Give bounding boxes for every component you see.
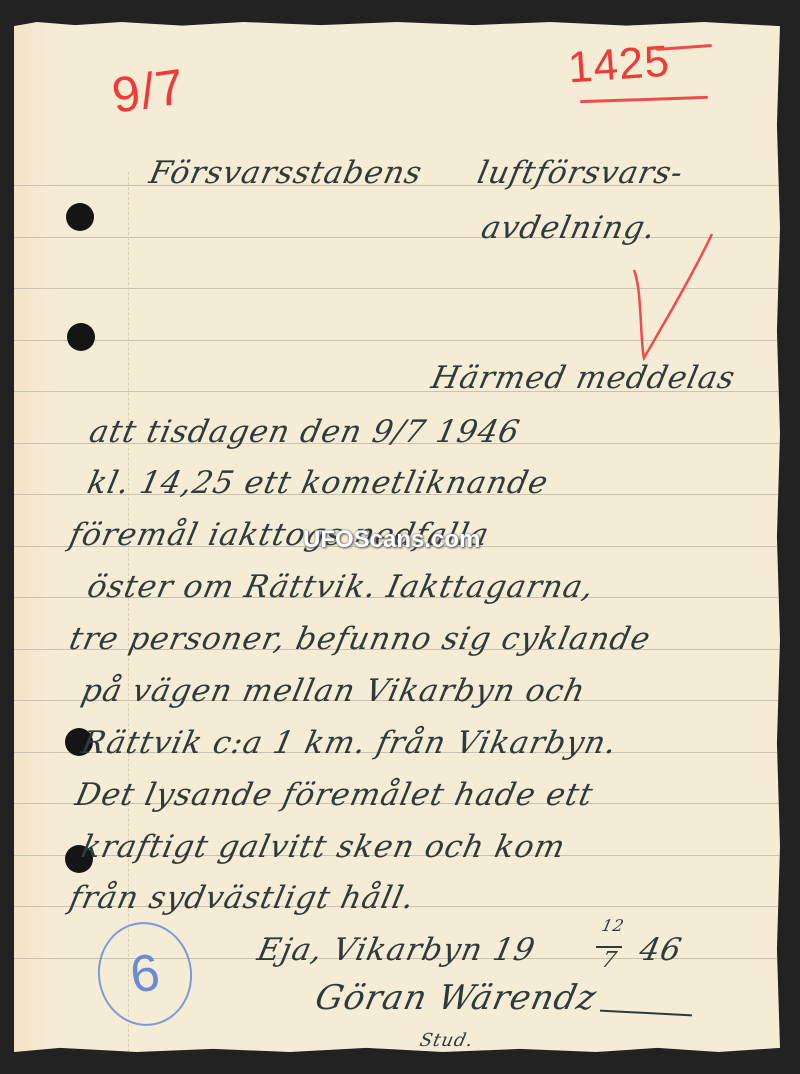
red-reference-number: 1425	[566, 37, 671, 94]
body-line-2: att tisdagen den 9/7 1946	[86, 414, 523, 450]
closing-date-day: 12	[600, 916, 626, 935]
signature: Göran Wärendz	[312, 978, 601, 1018]
margin-line	[128, 172, 129, 1052]
blue-number: 6	[126, 942, 163, 1005]
body-line-10: kraftigt galvitt sken och kom	[78, 829, 569, 865]
red-check-mark-icon	[620, 230, 720, 370]
body-line-11: från sydvästligt håll.	[66, 880, 418, 916]
red-date-mark: 9/7	[108, 57, 188, 125]
body-line-5: öster om Rättvik. Iakttagarna,	[84, 569, 597, 605]
body-line-7: på vägen mellan Vikarbyn och	[78, 673, 589, 709]
body-line-1: Härmed meddelas	[428, 360, 739, 396]
closing-place-date: Eja, Vikarbyn 19	[254, 932, 539, 968]
punch-hole	[67, 323, 95, 351]
watermark: UFOScans.com	[303, 526, 480, 554]
scan-background: 9/7 1425 Försvarsstabens luftförsvars- a…	[0, 0, 800, 1074]
body-line-9: Det lysande föremålet hade ett	[72, 777, 596, 813]
punch-hole	[66, 203, 94, 231]
addressee-line1-b: luftförsvars-	[474, 155, 687, 191]
addressee-line2: avdelning.	[478, 210, 659, 246]
addressee-line1-a: Försvarsstabens	[146, 155, 425, 191]
closing-date-year: 46	[636, 932, 685, 968]
signer-title: Stud.	[418, 1030, 476, 1051]
body-line-6: tre personer, befunno sig cyklande	[66, 621, 654, 657]
body-line-8: Rättvik c:a 1 km. från Vikarbyn.	[78, 725, 620, 761]
body-line-3: kl. 14,25 ett kometliknande	[84, 465, 552, 501]
